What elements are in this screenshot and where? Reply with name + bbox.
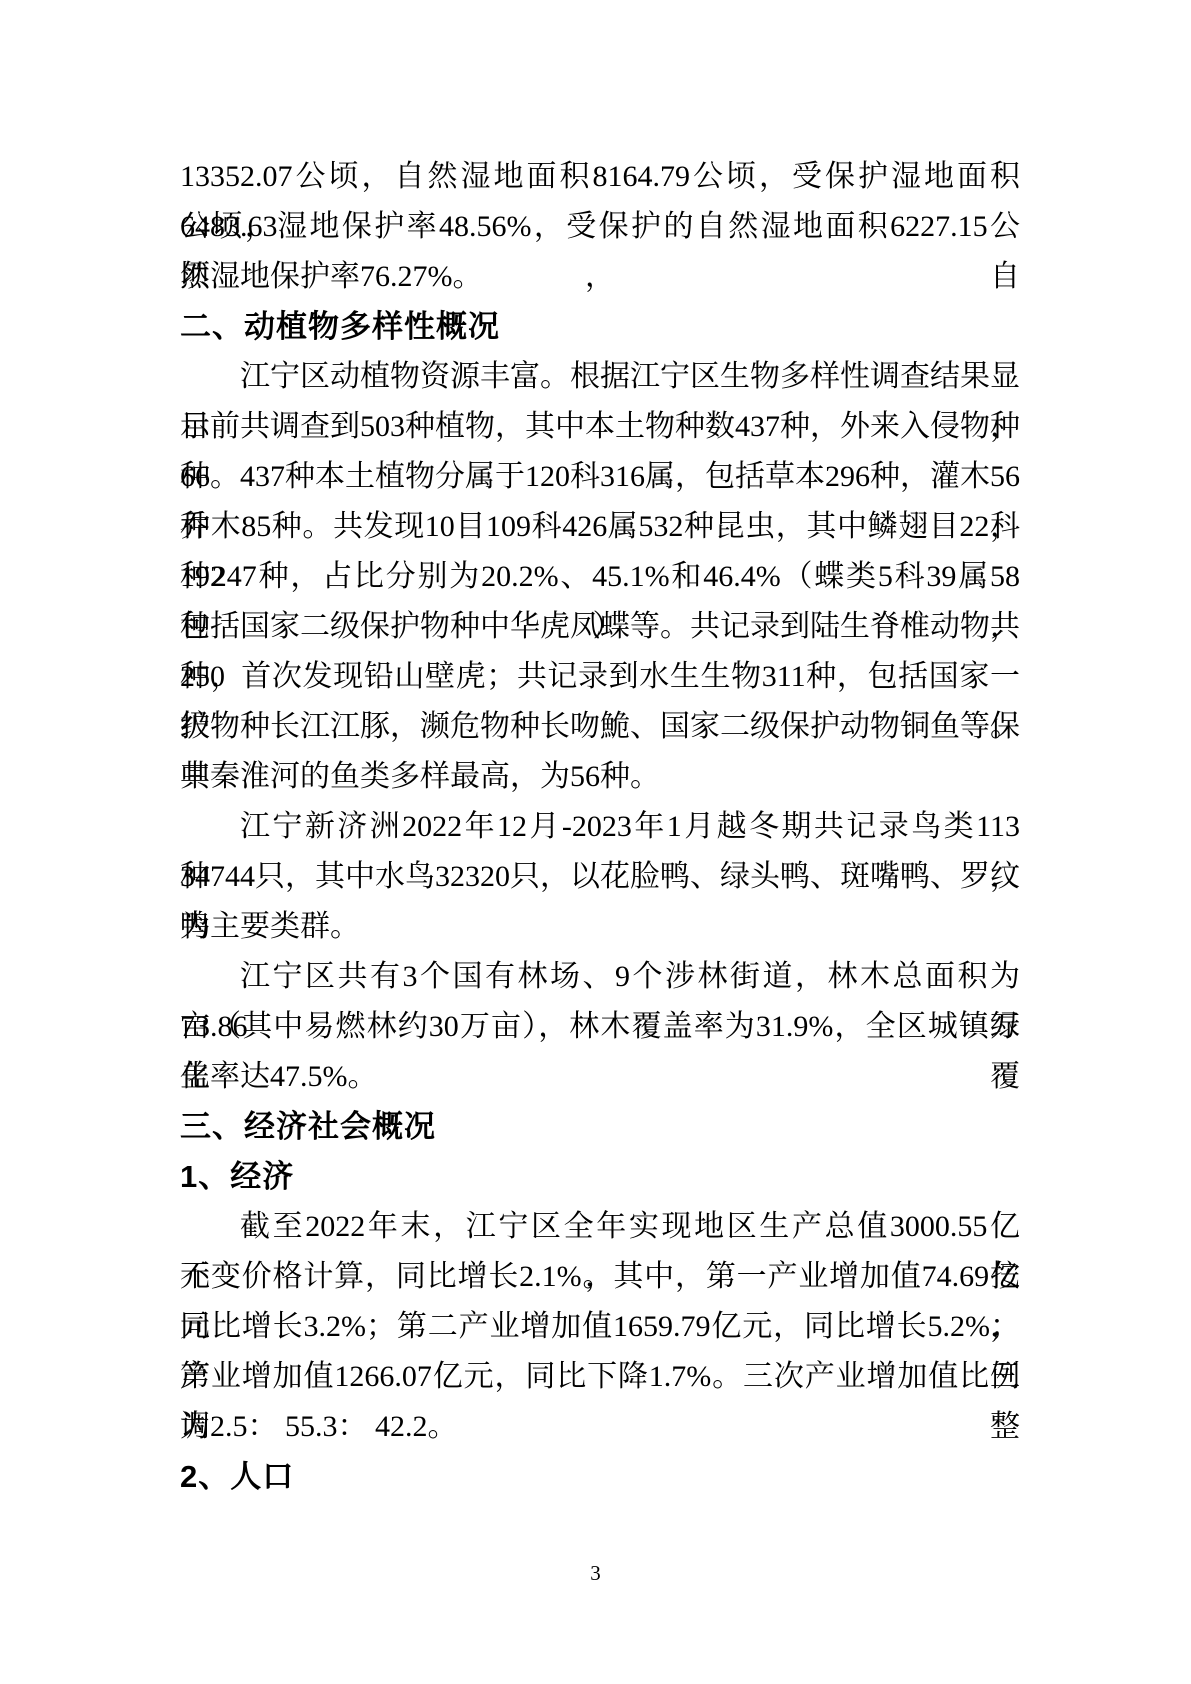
heading-population: 2、人口 bbox=[180, 1452, 1020, 1502]
wetland-para-line-1: 13352.07公顷，自然湿地面积8164.79公顷，受保护湿地面积6483.6… bbox=[180, 152, 1020, 202]
document-page: 13352.07公顷，自然湿地面积8164.79公顷，受保护湿地面积6483.6… bbox=[0, 0, 1191, 1684]
species-para-line-1: 江宁区动植物资源丰富。根据江宁区生物多样性调查结果显示， bbox=[180, 352, 1020, 402]
species-para-line-7: 种，首次发现铅山壁虎；共记录到水生生物311种，包括国家一级保 bbox=[180, 652, 1020, 702]
species-para-line-8: 护物种长江江豚，濒危物种长吻鮠、国家二级保护动物铜鱼等。其 bbox=[180, 702, 1020, 752]
birds-para-line-1: 江宁新济洲2022年12月-2023年1月越冬期共记录鸟类113种， bbox=[180, 802, 1020, 852]
birds-para-line-2: 34744只，其中水鸟32320只，以花脸鸭、绿头鸭、斑嘴鸭、罗纹鸭 bbox=[180, 852, 1020, 902]
economy-para-line-3: 同比增长3.2%；第二产业增加值1659.79亿元，同比增长5.2%；第三 bbox=[180, 1302, 1020, 1352]
heading-biodiversity: 二、动植物多样性概况 bbox=[180, 302, 1020, 352]
species-para-line-9: 中秦淮河的鱼类多样最高，为56种。 bbox=[180, 752, 1020, 802]
economy-para-line-1: 截至2022年末，江宁区全年实现地区生产总值3000.55亿元，按 bbox=[180, 1202, 1020, 1252]
document-text-block: 13352.07公顷，自然湿地面积8164.79公顷，受保护湿地面积6483.6… bbox=[180, 152, 1020, 1502]
species-para-line-5: 种247种，占比分别为20.2%、45.1%和46.4%（蝶类5科39属58种）… bbox=[180, 552, 1020, 602]
wetland-para-line-2: 公顷，湿地保护率48.56%，受保护的自然湿地面积6227.15公顷，自 bbox=[180, 202, 1020, 252]
page-number: 3 bbox=[0, 1558, 1191, 1588]
species-para-line-4: 乔木85种。共发现10目109科426属532种昆虫，其中鳞翅目22科192 bbox=[180, 502, 1020, 552]
species-para-line-3: 种。437种本土植物分属于120科316属，包括草本296种，灌木56种， bbox=[180, 452, 1020, 502]
heading-economy-society: 三、经济社会概况 bbox=[180, 1102, 1020, 1152]
heading-economy: 1、经济 bbox=[180, 1152, 1020, 1202]
economy-para-line-4: 产业增加值1266.07亿元，同比下降1.7%。三次产业增加值比例调整 bbox=[180, 1352, 1020, 1402]
forest-para-line-1: 江宁区共有3个国有林场、9个涉林街道，林木总面积为73.86万 bbox=[180, 952, 1020, 1002]
forest-para-line-2: 亩（其中易燃林约30万亩），林木覆盖率为31.9%，全区城镇绿化覆 bbox=[180, 1002, 1020, 1052]
economy-para-line-2: 不变价格计算，同比增长2.1%。其中，第一产业增加值74.69亿元， bbox=[180, 1252, 1020, 1302]
birds-para-line-3: 为主要类群。 bbox=[180, 902, 1020, 952]
species-para-line-6: 包括国家二级保护物种中华虎凤蝶等。共记录到陆生脊椎动物共250 bbox=[180, 602, 1020, 652]
species-para-line-2: 目前共调查到503种植物，其中本土物种数437种，外来入侵物种66 bbox=[180, 402, 1020, 452]
